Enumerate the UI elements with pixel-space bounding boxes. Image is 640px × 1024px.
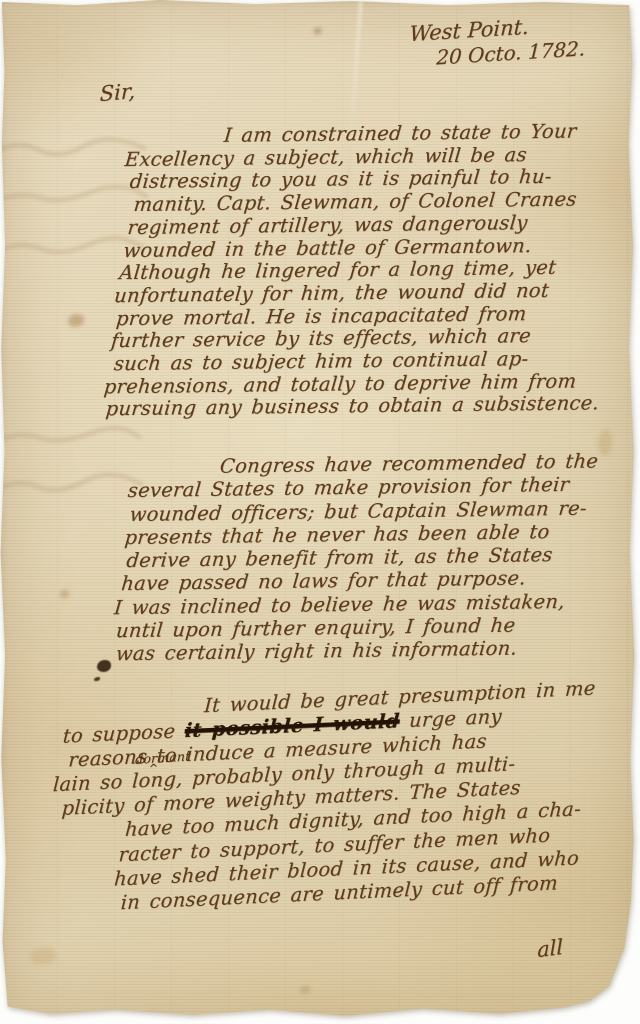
foxing-spot	[60, 590, 69, 598]
foxing-spot	[300, 986, 310, 993]
scan-background: West Point. 20 Octo. 1782. Sir, I am con…	[0, 0, 640, 1024]
interlinear-insertion: dormant^	[135, 748, 191, 772]
dateline: West Point. 20 Octo. 1782.	[408, 11, 587, 72]
paragraph-1: I am constrained to state to Your Excell…	[101, 120, 626, 422]
paragraph-3: It would be great presumption in me to s…	[42, 676, 596, 918]
foxing-spot	[68, 314, 84, 327]
salutation: Sir,	[100, 79, 136, 106]
paragraph-2: Congress have recommended to the several…	[109, 449, 599, 666]
letter-line: pursuing any business to obtain a subsis…	[105, 393, 600, 422]
foxing-spot	[30, 948, 56, 964]
paper-sheet: West Point. 20 Octo. 1782. Sir, I am con…	[0, 0, 640, 1024]
catchword: all	[537, 935, 563, 962]
foxing-spot	[314, 28, 321, 34]
letter-page: West Point. 20 Octo. 1782. Sir, I am con…	[0, 0, 640, 1024]
strike-after-text: urge any	[399, 705, 502, 733]
foxing-spot	[598, 430, 612, 456]
